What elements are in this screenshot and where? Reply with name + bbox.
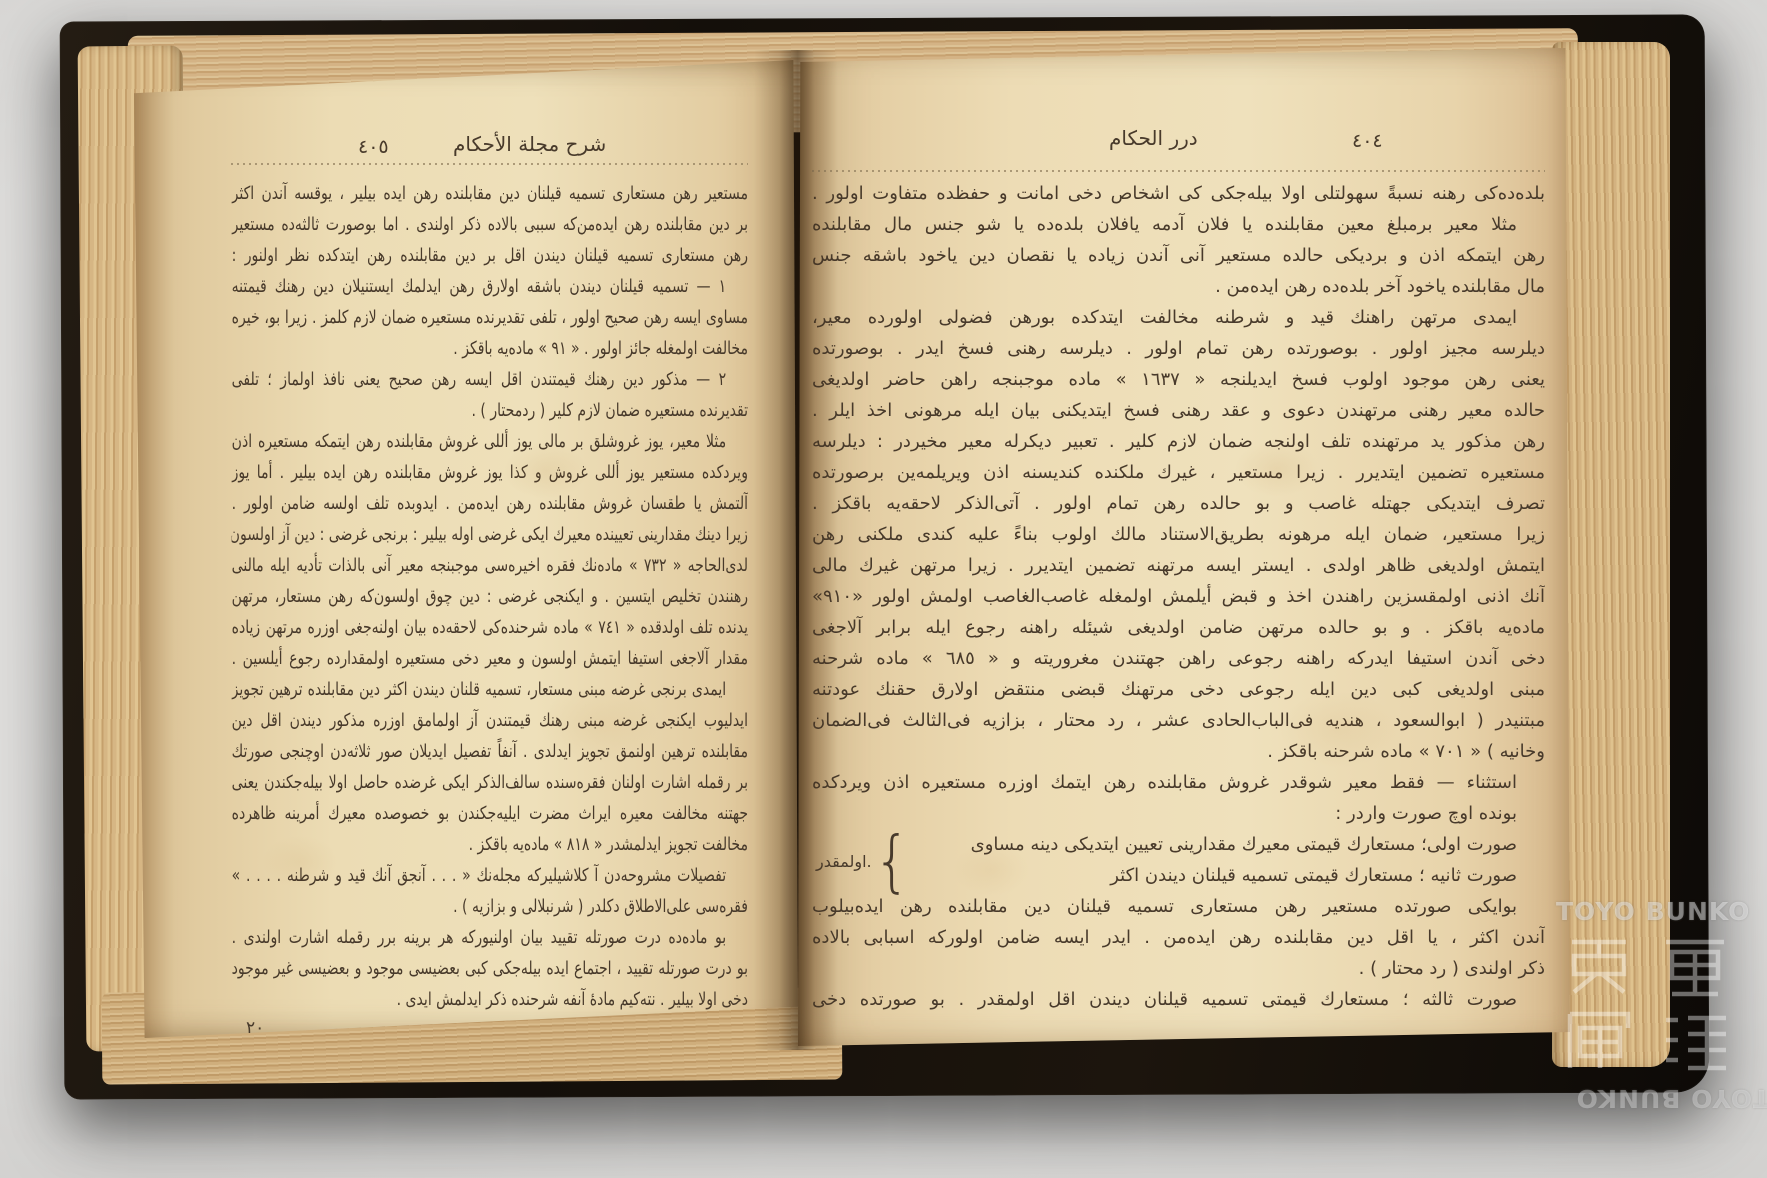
- curly-brace-icon: {: [874, 827, 911, 896]
- text-line: تفصیلات مشروحه‌دن آ كلاشیلیركه مجله‌نك «…: [232, 860, 748, 891]
- text-line: بر رقمله اشارت اولنان فقره‌سنده سالف‌الذ…: [232, 767, 748, 798]
- page-edges-right: [1552, 42, 1670, 1067]
- text-line: آندن اكثر ، یا اقل دین مقابلنده رهن ایده…: [812, 922, 1545, 953]
- right-text-block: اولمقدر. { بلده‌ده‌كی رهنه نسبةً سهولتلی…: [812, 178, 1545, 1015]
- text-line: صورت اولی؛ مستعارك قیمتی معیرك مقدارینی …: [812, 829, 1545, 860]
- text-line: مثلا معیر برمبلغ معین مقابلنده یا فلان آ…: [812, 209, 1545, 240]
- text-line: دخی اولا بیلیر . نته‌كیم مادهٔ آنفه شرحن…: [232, 984, 748, 1015]
- photo-stage: ٤٠٥ شرح مجلة الأحكام مستعیر رهن مستعاری …: [0, 0, 1767, 1178]
- left-page: ٤٠٥ شرح مجلة الأحكام مستعیر رهن مستعاری …: [134, 60, 798, 1038]
- text-line: زیرا دینك مقدارینی تعیینده معیرك ایكی غر…: [232, 519, 748, 550]
- left-page-header: شرح مجلة الأحكام: [453, 132, 606, 156]
- text-line: مخالفت اولمغله جائز اولور . « ٩١ » ماده‌…: [232, 333, 748, 364]
- right-page: درر الحكام ٤٠٤ اولمقدر. { بلده‌ده‌كی رهن…: [798, 48, 1570, 1050]
- left-header-rule: [231, 163, 748, 165]
- left-text-block: مستعیر رهن مستعاری تسمیه قیلنان دین مقاب…: [232, 178, 748, 1015]
- text-line: مبتنیدر ( ابوالسعود ، هندیه فی‌الباب‌الح…: [812, 705, 1545, 736]
- text-line: ماده‌یه باقكز . و بو حالده مرتهن ضامن او…: [812, 612, 1545, 643]
- text-line: تقدیرنده مستعیره ضمان لازم كلیر ( ردمحتا…: [232, 395, 748, 426]
- text-line: دیلرسه مجیز اولور . بوصورتده رهن تمام او…: [812, 333, 1545, 364]
- right-page-header: درر الحكام: [1109, 126, 1198, 150]
- left-page-number: ٤٠٥: [358, 136, 389, 158]
- text-line: بو ماده‌ده درت صورتله تقیید بیان اولنیور…: [232, 922, 748, 953]
- text-line: مقدار آلاجغی استیفا ایتمش اولسون و معیر …: [232, 643, 748, 674]
- text-line: مال مقابلنده یاخود آخر بلده‌ده رهن ایده‌…: [812, 271, 1545, 302]
- text-line: وخانیه ) « ٧٠١ » ماده شرحنه باقكز .: [812, 736, 1545, 767]
- text-line: ویردكده مستعیر یوز أللی غروش و كذا یوز غ…: [232, 457, 748, 488]
- text-line: دخی آندن استیفا ایدركه راهنه رجوعی راهن …: [812, 643, 1545, 674]
- text-line: بو درت صورتله تقیید ، اجتماع ایده بیله‌ج…: [232, 953, 748, 984]
- text-line: یعنی رهن موجود اولوب فسخ ایدیلنجه « ١٦٣٧…: [812, 364, 1545, 395]
- text-line: رهن ایتمكه اذن و بردیكی حالده مستعیر آنی…: [812, 240, 1545, 271]
- text-line: آلتمش یا طقسان غروش مقابلنده رهن ایده‌من…: [232, 488, 748, 519]
- text-line: ١ — تسمیه قیلنان دیندن باشقه اولارق رهن …: [232, 271, 748, 302]
- text-line: ذكر اولندی ( رد محتار ) .: [812, 953, 1545, 984]
- text-line: مقابلنده ترهین اولنمق تجویز ایدلدی . آنف…: [232, 736, 748, 767]
- text-line: ایدلیوب ایكنجی غرضه مبنی رهنك قیمتندن آز…: [232, 705, 748, 736]
- text-line: بونده اوچ صورت واردر :: [812, 798, 1545, 829]
- text-line: استثناء — فقط معیر شوقدر غروش مقابلنده ر…: [812, 767, 1545, 798]
- text-line: آنك اذنی اولمقسزین راهندن اخذ و قبض أیلم…: [812, 581, 1545, 612]
- text-line: حالده معیر رهنی مرتهندن دعوی و عقد رهنی …: [812, 395, 1545, 426]
- text-line: مبنی اولدیغی كبی دین ایله رجوعی دخی مرته…: [812, 674, 1545, 705]
- text-line: بلده‌ده‌كی رهنه نسبةً سهولتلی اولا بیله‌…: [812, 178, 1545, 209]
- text-line: بوایكی صورتده مستعیر رهن مستعاری تسمیه ق…: [812, 891, 1545, 922]
- text-line: مخالفت تجویز ایدلمشدر « ٨١٨ » ماده‌یه با…: [232, 829, 748, 860]
- text-line: بر دین مقابلنده رهن ایده‌من‌كه سببی بالا…: [232, 209, 748, 240]
- text-line: زیرا مستعیر، ضمان ایله مرهونه بطریق‌الاس…: [812, 519, 1545, 550]
- text-line: صورت ثانیه ؛ مستعارك قیمتی تسمیه قیلنان …: [812, 860, 1545, 891]
- text-line: رهن مستعاری تسمیه قیلنان دیندن اقل بر دی…: [232, 240, 748, 271]
- text-line: مساوی ایسه رهن صحیح اولور ، تلفی تقدیرند…: [232, 302, 748, 333]
- text-line: ایتمش اولدیغی ظاهر اولدی . ایستر ایسه مر…: [812, 550, 1545, 581]
- text-line: صورت ثالثه ؛ مستعارك قیمتی تسمیه قیلنان …: [812, 984, 1545, 1015]
- text-line: تصرف ایتدیكی جهتله غاصب و بو حالده رهن ت…: [812, 488, 1545, 519]
- right-page-number: ٤٠٤: [1352, 130, 1383, 152]
- text-line: یدنده تلف اولدقده « ٧٤١ » ماده شرحنده‌كی…: [232, 612, 748, 643]
- suret-brace-group: اولمقدر. {: [816, 830, 902, 892]
- right-header-rule: [812, 170, 1545, 172]
- text-line: مستعیره تضمین ایتدیرر . زیرا مستعیر ، غی…: [812, 457, 1545, 488]
- brace-word: اولمقدر.: [816, 852, 872, 871]
- text-line: جهتنه مخالفت معیره ایراث مضرت ایلیه‌جكند…: [232, 798, 748, 829]
- text-line: مثلا معیر، یوز غروشلق بر مالی یوز أللی غ…: [232, 426, 748, 457]
- text-line: لدی‌الحاجه « ٧٣٢ » ماده‌نك فقره اخیره‌سی…: [232, 550, 748, 581]
- text-line: فقره‌سی علی‌الاطلاق دكلدر ( شرنبلالی و ب…: [232, 891, 748, 922]
- text-line: رهن مذكور ید مرتهنده تلف اولنجه ضمان لاز…: [812, 426, 1545, 457]
- text-line: ٢ — مذكور دین رهنك قیمتندن اقل ایسه رهن …: [232, 364, 748, 395]
- text-line: ایمدی مرتهن راهنك قید و شرطنه مخالفت ایت…: [812, 302, 1545, 333]
- text-line: ایمدی برنجی غرضه مبنی مستعار، تسمیه قلنا…: [232, 674, 748, 705]
- text-line: رهنندن تخلیص ایتسین . و ایكنجی غرضی : دی…: [232, 581, 748, 612]
- text-line: مستعیر رهن مستعاری تسمیه قیلنان دین مقاب…: [232, 178, 748, 209]
